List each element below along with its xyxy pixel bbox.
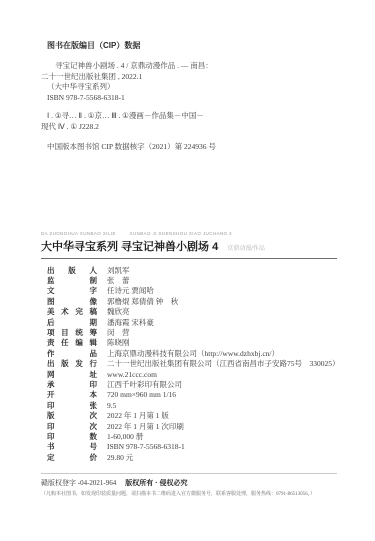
colophon-row: 定价 29.80 元 (47, 453, 337, 463)
colophon-row: 印张 9.5 (47, 401, 337, 411)
colophon-row: 图像 郭橹焜 郑倩倩 钟 秋 (47, 297, 337, 307)
colophon-row: 作品 上海京鼎动漫科技有限公司（http://www.dzhxbj.cn/） (47, 349, 337, 359)
colophon-row: 监制 张 蕾 (47, 276, 337, 286)
footer: 赣版权登字 -04-2021-964版权所有 · 侵权必究 （凡购本社图书，如发… (41, 478, 337, 497)
colophon-row-value: 1-60,000 册 (107, 432, 143, 442)
cip-classification-line: 现代 Ⅳ . ① J228.2 (41, 122, 337, 133)
colophon-row-label: 印数 (47, 432, 97, 442)
registration-number: 赣版权登字 -04-2021-964 (41, 479, 116, 487)
colophon-row-label: 出版人 (47, 266, 97, 276)
book-title: 大中华寻宝系列 寻宝记神兽小剧场 4 (41, 238, 218, 254)
colophon-row-label: 文字 (47, 286, 97, 296)
colophon-row-label: 承印 (47, 380, 97, 390)
cip-description-line: ISBN 978-7-5568-6318-1 (41, 93, 337, 104)
colophon-row-value: 郭橹焜 郑倩倩 钟 秋 (107, 297, 178, 307)
cip-header: 图书在版编目（CIP）数据 (47, 40, 337, 51)
colophon-row-value: 9.5 (107, 401, 116, 411)
colophon-row: 承印 江西千叶彩印有限公司 (47, 380, 337, 390)
colophon-table: 出版人 刘凯军 监制 张 蕾 文字 任诗元 贾闻哈 图像 郭橹焜 郑倩倩 钟 秋… (47, 266, 337, 464)
colophon-row-value: 陈晓刚 (107, 338, 130, 348)
colophon-row: 责任编辑 陈晓刚 (47, 338, 337, 348)
cip-description-line: 寻宝记神兽小剧场 . 4 / 京鼎动漫作品 . — 南昌： (41, 61, 337, 72)
footer-registration-line: 赣版权登字 -04-2021-964版权所有 · 侵权必究 (41, 478, 337, 488)
colophon-row-label: 监制 (47, 276, 97, 286)
author-byline: 京鼎动漫/作品 (227, 243, 265, 252)
colophon-row-value: 江西千叶彩印有限公司 (107, 380, 182, 390)
colophon-row: 出版人 刘凯军 (47, 266, 337, 276)
colophon-row-label: 开本 (47, 390, 97, 400)
colophon-row-label: 责任编辑 (47, 338, 97, 348)
copyright-notice: 版权所有 · 侵权必究 (125, 480, 187, 487)
colophon-row-value: 闵 营 (107, 328, 130, 338)
colophon-row-label: 美术完稿 (47, 307, 97, 317)
title-block: DA ZHONGHUA XUNBAO XILIE XUNBAO JI SHENS… (41, 231, 337, 259)
colophon-row-value: 任诗元 贾闻哈 (107, 286, 154, 296)
colophon-row: 开本 720 mm×960 mm 1/16 (47, 390, 337, 400)
colophon-row: 后期 潘海霞 宋科豪 (47, 318, 337, 328)
cip-classification-line: Ⅰ . ①寻… Ⅱ . ①京… Ⅲ . ①漫画－作品集－中国－ (41, 111, 337, 122)
colophon-row-label: 网址 (47, 370, 97, 380)
colophon-row-value: 潘海霞 宋科豪 (107, 318, 154, 328)
cip-classification: Ⅰ . ①寻… Ⅱ . ①京… Ⅲ . ①漫画－作品集－中国－ 现代 Ⅳ . ①… (41, 111, 337, 132)
pinyin-series: DA ZHONGHUA XUNBAO XILIE (41, 231, 116, 236)
colophon-row-value: 上海京鼎动漫科技有限公司（http://www.dzhxbj.cn/） (107, 349, 279, 359)
service-note: （凡购本社图书，如发现印装质量问题，请扫描本书二维码进入官方微服务号，联系客服处… (41, 490, 337, 497)
colophon-row-value: 二十一世纪出版社集团有限公司（江西省南昌市子安路75号 330025） (107, 359, 340, 369)
colophon-row: 印次 2022 年 1 月第 1 次印刷 (47, 422, 337, 432)
colophon-row-value: 魏欣亮 (107, 307, 130, 317)
colophon-row: 出版发行 二十一世纪出版社集团有限公司（江西省南昌市子安路75号 330025） (47, 359, 337, 369)
colophon-row-label: 图像 (47, 297, 97, 307)
colophon-row: 网址 www.21ccc.com (47, 370, 337, 380)
colophon-row-label: 书号 (47, 442, 97, 452)
colophon-row-value: 2022 年 1 月第 1 版 (107, 411, 169, 421)
footer-divider (41, 473, 337, 474)
colophon-row: 印数 1-60,000 册 (47, 432, 337, 442)
colophon-row-label: 印张 (47, 401, 97, 411)
colophon-row: 文字 任诗元 贾闻哈 (47, 286, 337, 296)
colophon-row-value: 张 蕾 (107, 276, 130, 286)
colophon-row-value: 720 mm×960 mm 1/16 (107, 390, 176, 400)
cip-block: 图书在版编目（CIP）数据 寻宝记神兽小剧场 . 4 / 京鼎动漫作品 . — … (41, 40, 337, 153)
pinyin-line: DA ZHONGHUA XUNBAO XILIE XUNBAO JI SHENS… (41, 231, 337, 236)
colophon-row-value: ISBN 978-7-5568-6318-1 (107, 442, 185, 452)
pinyin-title: XUNBAO JI SHENSHOU XIAO JUCHANG 4 (130, 231, 232, 236)
colophon-row-label: 作品 (47, 349, 97, 359)
book-copyright-page: 图书在版编目（CIP）数据 寻宝记神兽小剧场 . 4 / 京鼎动漫作品 . — … (0, 0, 375, 541)
cip-record-number: 中国版本图书馆 CIP 数据核字（2021）第 224936 号 (41, 142, 337, 153)
colophon-row-value: 刘凯军 (107, 266, 130, 276)
colophon-row-value: 2022 年 1 月第 1 次印刷 (107, 422, 184, 432)
colophon-row: 项目统筹 闵 营 (47, 328, 337, 338)
title-divider (41, 258, 337, 259)
cip-description: 寻宝记神兽小剧场 . 4 / 京鼎动漫作品 . — 南昌： 二十一世纪出版社集团… (41, 61, 337, 103)
colophon-row-label: 定价 (47, 453, 97, 463)
colophon-row: 书号 ISBN 978-7-5568-6318-1 (47, 442, 337, 452)
cip-description-line: （大中华寻宝系列） (41, 82, 337, 93)
colophon-row-label: 版次 (47, 411, 97, 421)
colophon-row-label: 出版发行 (47, 359, 97, 369)
colophon-row-label: 后期 (47, 318, 97, 328)
colophon-row-label: 项目统筹 (47, 328, 97, 338)
cip-description-line: 二十一世纪出版社集团 , 2022.1 (41, 72, 337, 83)
colophon-row-value: www.21ccc.com (107, 370, 157, 380)
colophon-row: 版次 2022 年 1 月第 1 版 (47, 411, 337, 421)
colophon-row: 美术完稿 魏欣亮 (47, 307, 337, 317)
colophon-row-value: 29.80 元 (107, 453, 133, 463)
title-row: 大中华寻宝系列 寻宝记神兽小剧场 4 京鼎动漫/作品 (41, 238, 337, 254)
colophon-row-label: 印次 (47, 422, 97, 432)
